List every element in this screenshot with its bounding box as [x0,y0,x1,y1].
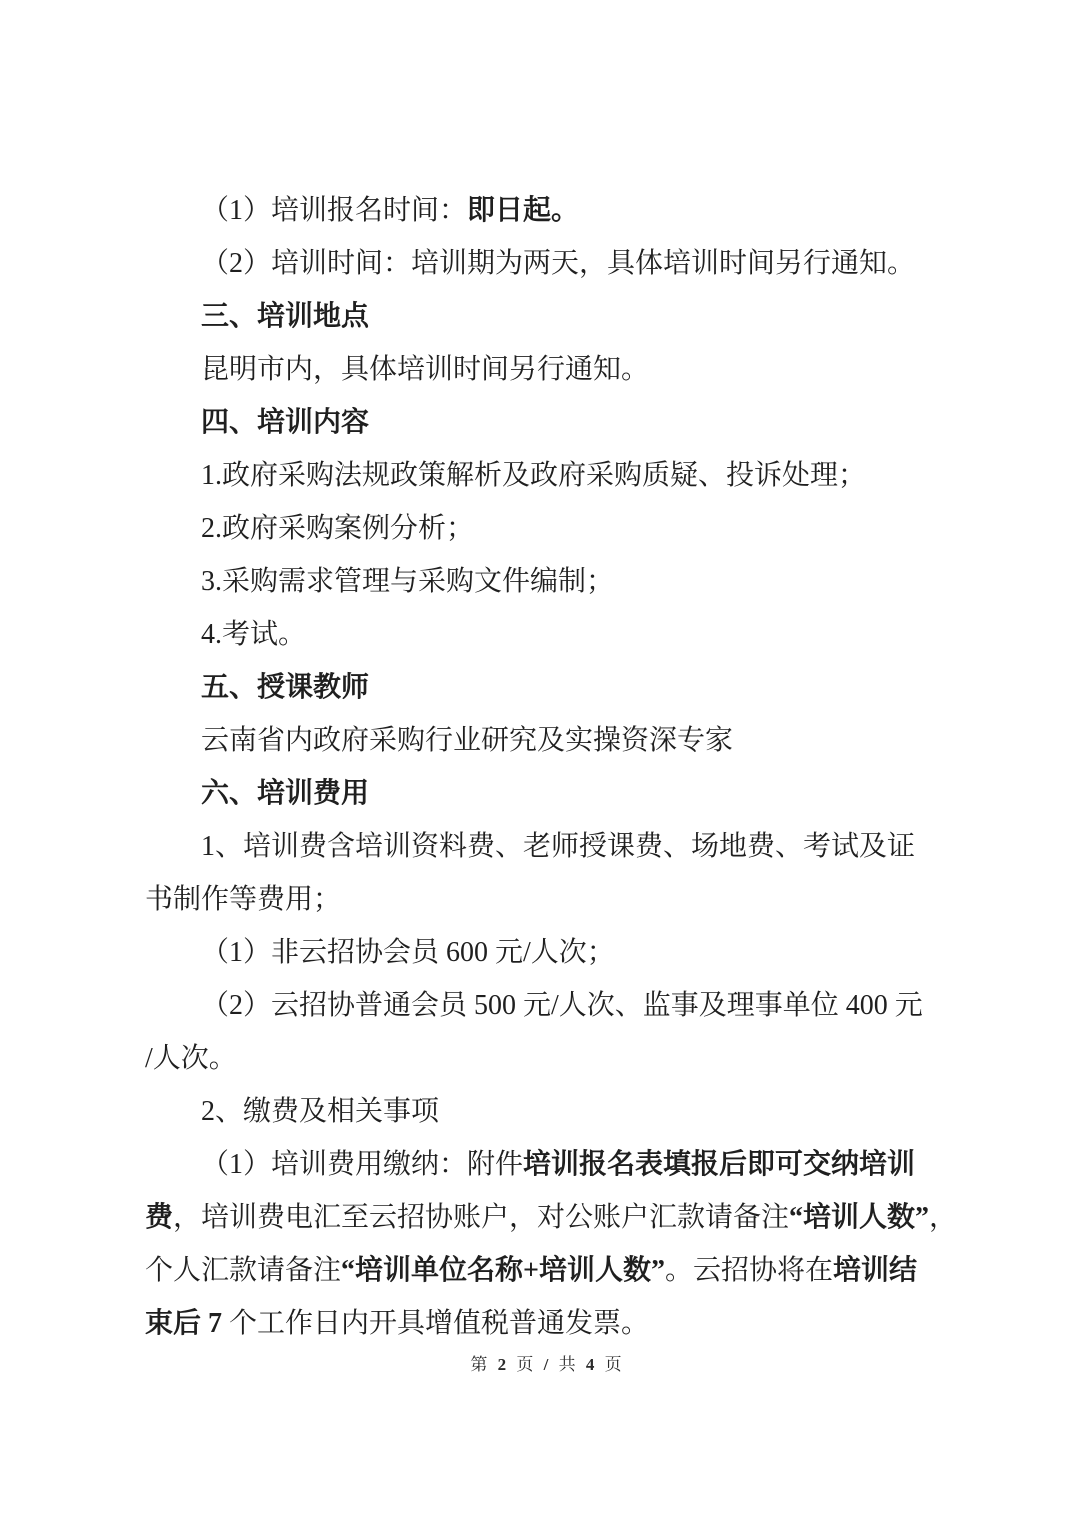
text-segment: 第 [470,1355,497,1374]
page-number: 2 [498,1355,510,1374]
text-segment: 培训报名表填报后即可交纳培训 [523,1149,915,1180]
paragraph-line: （2）云招协普通会员 500 元/人次、监事及理事单位 400 元 [145,979,950,1032]
page-count: 4 [586,1355,598,1374]
text-segment: （1）培训报名时间： [201,195,467,226]
text-segment: （2）培训时间：培训期为两天，具体培训时间另行通知。 [201,248,915,279]
text-segment: 费 [145,1202,173,1233]
text-segment: 共 [551,1355,586,1374]
paragraph-line: 1、培训费含培训资料费、老师授课费、场地费、考试及证 [145,820,950,873]
text-segment: 书制作等费用； [145,884,341,915]
text-segment: 页 [597,1355,624,1374]
text-segment: 个人汇款请备注 [145,1255,341,1286]
paragraph-line: （1）培训费用缴纳：附件培训报名表填报后即可交纳培训 [145,1138,950,1191]
paragraph-line: 2.政府采购案例分析； [145,502,950,555]
paragraph-line: 3.采购需求管理与采购文件编制； [145,555,950,608]
text-segment: 页 [509,1355,544,1374]
text-segment: “培训人数” [789,1202,929,1233]
text-segment: 2.政府采购案例分析； [201,513,474,544]
text-segment: 4.考试。 [201,619,306,650]
paragraph-line: （2）培训时间：培训期为两天，具体培训时间另行通知。 [145,237,950,290]
page-footer: 第 2 页 / 共 4 页 [145,1354,950,1376]
paragraph-line: （1）培训报名时间：即日起。 [145,184,950,237]
text-segment: 3.采购需求管理与采购文件编制； [201,566,614,597]
paragraph-line: 束后 7 个工作日内开具增值税普通发票。 [145,1297,950,1350]
text-segment: /人次。 [145,1043,237,1074]
text-segment: 云南省内政府采购行业研究及实操资深专家 [201,725,733,756]
text-segment: 1、培训费含培训资料费、老师授课费、场地费、考试及证 [201,831,915,862]
text-segment: 个工作日内开具增值税普通发票。 [222,1308,649,1339]
text-segment: 束后 7 [145,1308,222,1339]
text-segment: 1.政府采购法规政策解析及政府采购质疑、投诉处理； [201,460,866,491]
paragraph-line: 2、缴费及相关事项 [145,1085,950,1138]
paragraph-line: /人次。 [145,1032,950,1085]
text-segment: 四、培训内容 [201,407,369,438]
paragraph-line: 4.考试。 [145,608,950,661]
text-segment: 三、培训地点 [201,301,369,332]
text-segment: ，培训费电汇至云招协账户，对公账户汇款请备注 [173,1202,789,1233]
paragraph-line: 费，培训费电汇至云招协账户，对公账户汇款请备注“培训人数”， [145,1191,950,1244]
section-heading: 四、培训内容 [145,396,950,449]
text-segment: 即日起。 [467,195,579,226]
document-page: （1）培训报名时间：即日起。 （2）培训时间：培训期为两天，具体培训时间另行通知… [0,0,1080,1376]
text-segment: 昆明市内，具体培训时间另行通知。 [201,354,649,385]
paragraph-line: （1）非云招协会员 600 元/人次； [145,926,950,979]
text-segment: （1）培训费用缴纳：附件 [201,1149,523,1180]
text-segment: 培训结 [833,1255,917,1286]
paragraph-line: 昆明市内，具体培训时间另行通知。 [145,343,950,396]
paragraph-line: 1.政府采购法规政策解析及政府采购质疑、投诉处理； [145,449,950,502]
text-segment: 五、授课教师 [201,672,369,703]
text-segment: （1）非云招协会员 600 元/人次； [201,937,615,968]
section-heading: 三、培训地点 [145,290,950,343]
text-segment: “培训单位名称+培训人数” [341,1255,665,1286]
paragraph-line: 书制作等费用； [145,873,950,926]
text-segment: （2）云招协普通会员 500 元/人次、监事及理事单位 400 元 [201,990,923,1021]
text-segment: 2、缴费及相关事项 [201,1096,439,1127]
paragraph-line: 个人汇款请备注“培训单位名称+培训人数”。云招协将在培训结 [145,1244,950,1297]
text-segment: 六、培训费用 [201,778,369,809]
text-segment: ， [929,1202,957,1233]
paragraph-line: 云南省内政府采购行业研究及实操资深专家 [145,714,950,767]
section-heading: 五、授课教师 [145,661,950,714]
text-segment: 。云招协将在 [665,1255,833,1286]
section-heading: 六、培训费用 [145,767,950,820]
